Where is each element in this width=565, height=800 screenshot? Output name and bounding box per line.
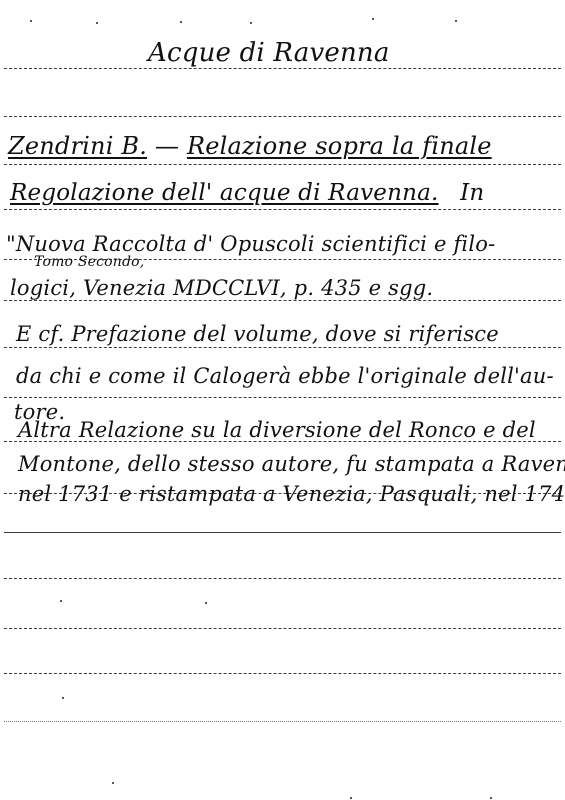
handwritten-page: Acque di Ravenna Zendrini B. — Relazione… (0, 0, 565, 800)
entry-line-8: Altra Relazione su la diversione del Ron… (18, 418, 536, 442)
scan-speck (96, 22, 98, 24)
scan-speck (60, 600, 62, 602)
entry-line-2: Regolazione dell' acque di Ravenna. In (10, 180, 484, 206)
separator-dash: — (155, 132, 179, 160)
scan-speck (180, 21, 182, 23)
scan-speck (250, 22, 252, 24)
entry-line-3: "Nuova Raccolta d' Opuscoli scientifici … (6, 232, 495, 256)
scan-speck (112, 782, 114, 784)
scan-speck (455, 20, 457, 22)
work-title-part-1: Relazione sopra la finale (187, 132, 492, 160)
scan-speck (62, 697, 64, 699)
entry-line-1: Zendrini B. — Relazione sopra la finale (8, 132, 492, 160)
ruled-line (4, 300, 561, 301)
entry-line-6: da chi e come il Calogerà ebbe l'origina… (16, 364, 554, 388)
scan-speck (30, 20, 32, 22)
scan-speck (372, 18, 374, 20)
ruled-line (4, 397, 561, 398)
page-title: Acque di Ravenna (148, 38, 390, 68)
ruled-line (4, 628, 561, 629)
author-name: Zendrini B. (8, 132, 147, 160)
ruled-line (4, 209, 561, 210)
ruled-line (4, 347, 561, 348)
scan-speck (490, 797, 492, 799)
ruled-line (4, 532, 561, 533)
ruled-line (4, 578, 561, 579)
scan-speck (350, 797, 352, 799)
entry-line-10: nel 1731 e ristampata a Venezia, Pasqual… (18, 482, 565, 506)
scan-speck (205, 602, 207, 604)
ruled-line (4, 164, 561, 165)
ruled-line (4, 721, 561, 722)
in-label: In (460, 180, 484, 206)
work-title-part-2: Regolazione dell' acque di Ravenna. (10, 180, 439, 206)
ruled-line (4, 116, 561, 117)
entry-line-5: E cf. Prefazione del volume, dove si rif… (16, 322, 499, 346)
entry-line-4: logici, Venezia MDCCLVI, p. 435 e sgg. (10, 276, 433, 300)
entry-line-9: Montone, dello stesso autore, fu stampat… (18, 452, 565, 476)
ruled-line (4, 673, 561, 674)
marginal-insert: Tomo Secondo, (34, 254, 144, 270)
ruled-line (4, 68, 561, 69)
